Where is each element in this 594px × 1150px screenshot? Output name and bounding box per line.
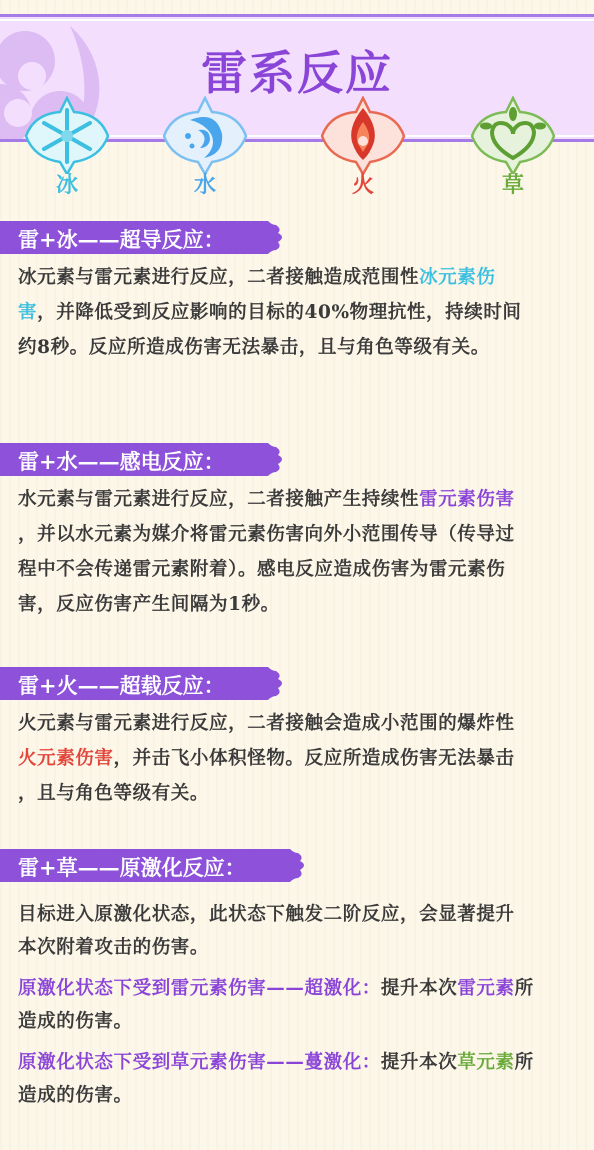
- element-pyro: 火: [318, 96, 408, 200]
- section-heading-text: 雷+冰——超导反应：: [18, 224, 225, 254]
- body-text: 本次附着攻击的伤害。: [18, 937, 209, 958]
- highlight-cryo: 冰元素伤: [419, 267, 495, 288]
- element-cryo: 冰: [22, 96, 112, 200]
- body-line: 害，反应伤害产生间隔为1秒。: [18, 587, 578, 622]
- highlight-cryo: 害: [18, 302, 37, 323]
- body-text: ，并击飞小体积怪物。反应所造成伤害无法暴击: [114, 748, 515, 769]
- element-label: 火: [318, 168, 408, 199]
- body-line: 本次附着攻击的伤害。: [18, 931, 578, 964]
- section-heading-overloaded: 雷+火——超载反应：: [0, 667, 290, 700]
- section-heading-text: 雷+火——超载反应：: [18, 670, 225, 700]
- body-text: 水元素与雷元素进行反应，二者接触产生持续性: [18, 489, 419, 510]
- section-heading-superconduct: 雷+冰——超导反应：: [0, 221, 290, 254]
- section-body-electro-charged: 水元素与雷元素进行反应，二者接触产生持续性雷元素伤害，并以水元素为媒介将雷元素伤…: [18, 482, 578, 622]
- body-text: 冰元素与雷元素进行反应，二者接触造成范围性: [18, 267, 419, 288]
- body-text: 所: [515, 978, 534, 999]
- element-hydro: 水: [160, 96, 250, 200]
- body-line: 约8秒。反应所造成伤害无法暴击，且与角色等级有关。: [18, 330, 578, 365]
- body-text: 目标进入原激化状态，此状态下触发二阶反应，会显著提升: [18, 904, 515, 925]
- element-label: 水: [160, 168, 250, 199]
- body-line: ，并以水元素为媒介将雷元素伤害向外小范围传导（传导过: [18, 517, 578, 552]
- section-body-superconduct: 冰元素与雷元素进行反应，二者接触造成范围性冰元素伤害，并降低受到反应影响的目标的…: [18, 260, 578, 365]
- highlight-electro: 雷元素伤害: [419, 489, 515, 510]
- element-label: 冰: [22, 168, 112, 199]
- section-heading-electro-charged: 雷+水——感电反应：: [0, 443, 290, 476]
- body-text: 提升本次: [381, 978, 457, 999]
- body-text: 提升本次: [381, 1052, 457, 1073]
- highlight-dendro: 草元素: [457, 1052, 514, 1073]
- highlight-electro: 原激化状态下受到雷元素伤害——超激化：: [18, 978, 381, 999]
- highlight-electro: 雷元素: [457, 978, 514, 999]
- element-label: 草: [468, 168, 558, 199]
- body-line: ，且与角色等级有关。: [18, 776, 578, 811]
- body-line: 害，并降低受到反应影响的目标的40%物理抗性，持续时间: [18, 295, 578, 330]
- body-text: ，并以水元素为媒介将雷元素伤害向外小范围传导（传导过: [18, 524, 515, 545]
- body-line: 原激化状态下受到草元素伤害——蔓激化：提升本次草元素所: [18, 1046, 578, 1079]
- body-line: 造成的伤害。: [18, 1005, 578, 1038]
- body-line: 火元素与雷元素进行反应，二者接触会造成小范围的爆炸性: [18, 706, 578, 741]
- body-line: 水元素与雷元素进行反应，二者接触产生持续性雷元素伤害: [18, 482, 578, 517]
- section-body-quicken: 目标进入原激化状态，此状态下触发二阶反应，会显著提升本次附着攻击的伤害。原激化状…: [18, 898, 578, 1112]
- element-dendro: 草: [468, 96, 558, 200]
- body-text: 造成的伤害。: [18, 1011, 133, 1032]
- highlight-electro: 原激化状态下受到草元素伤害——蔓激化：: [18, 1052, 381, 1073]
- page-title: 雷系反应: [0, 37, 594, 103]
- body-line: 目标进入原激化状态，此状态下触发二阶反应，会显著提升: [18, 898, 578, 931]
- body-text: 程中不会传递雷元素附着）。感电反应造成伤害为雷元素伤: [18, 559, 505, 580]
- body-text: 约8秒。反应所造成伤害无法暴击，且与角色等级有关。: [18, 337, 490, 358]
- leaf-heart-icon: [468, 96, 558, 174]
- highlight-pyro: 火元素伤害: [18, 748, 114, 769]
- body-line: 火元素伤害，并击飞小体积怪物。反应所造成伤害无法暴击: [18, 741, 578, 776]
- snowflake-icon: [22, 96, 112, 174]
- body-text: 火元素与雷元素进行反应，二者接触会造成小范围的爆炸性: [18, 713, 515, 734]
- body-line: 原激化状态下受到雷元素伤害——超激化：提升本次雷元素所: [18, 972, 578, 1005]
- body-line: 程中不会传递雷元素附着）。感电反应造成伤害为雷元素伤: [18, 552, 578, 587]
- section-heading-text: 雷+水——感电反应：: [18, 446, 225, 476]
- body-text: 害，反应伤害产生间隔为1秒。: [18, 594, 280, 615]
- water-wave-icon: [160, 96, 250, 174]
- body-line: 造成的伤害。: [18, 1079, 578, 1112]
- section-heading-quicken: 雷+草——原激化反应：: [0, 849, 312, 882]
- body-text: ，且与角色等级有关。: [18, 783, 209, 804]
- body-line: 冰元素与雷元素进行反应，二者接触造成范围性冰元素伤: [18, 260, 578, 295]
- body-text: 所: [515, 1052, 534, 1073]
- body-text: ，并降低受到反应影响的目标的40%物理抗性，持续时间: [37, 302, 521, 323]
- section-body-overloaded: 火元素与雷元素进行反应，二者接触会造成小范围的爆炸性火元素伤害，并击飞小体积怪物…: [18, 706, 578, 811]
- section-heading-text: 雷+草——原激化反应：: [18, 852, 246, 882]
- flame-icon: [318, 96, 408, 174]
- body-text: 造成的伤害。: [18, 1085, 133, 1106]
